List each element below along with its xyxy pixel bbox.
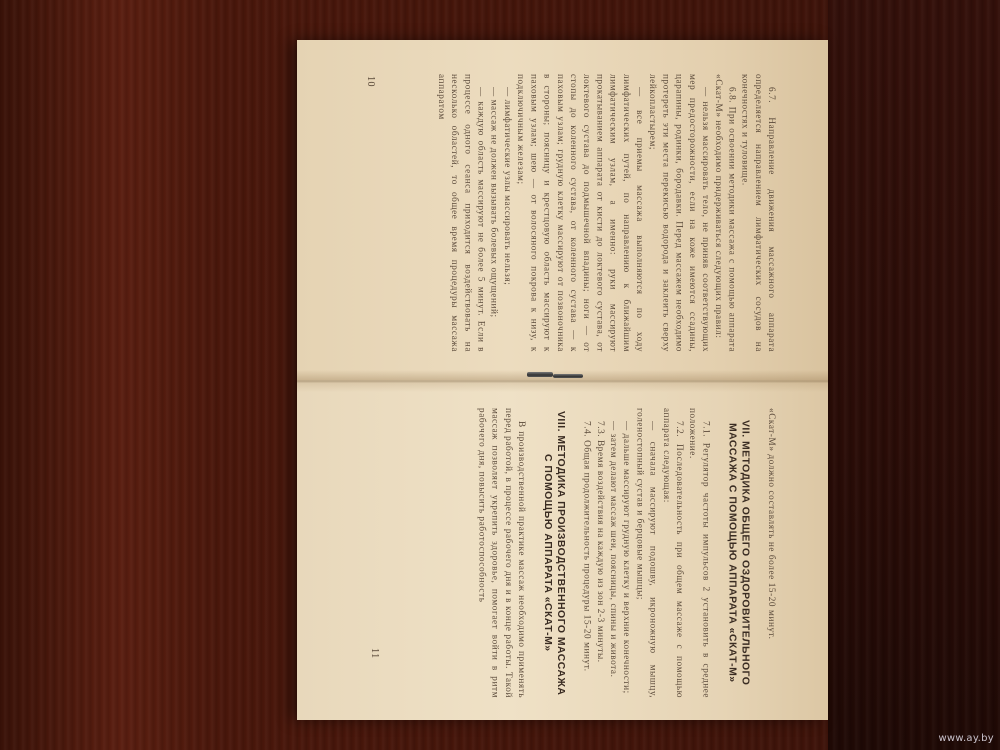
step-item: — дальше массируют грудную клетку и верх… bbox=[620, 408, 633, 698]
wood-surface bbox=[828, 0, 1000, 750]
staple bbox=[553, 374, 583, 378]
step-item: — сначала массируют подошву, икроножную … bbox=[633, 408, 659, 698]
paragraph-7-2: 7.2. Последовательность при общем массаж… bbox=[660, 408, 686, 698]
rule-item: — нельзя массировать тело, не приняв соо… bbox=[646, 74, 712, 352]
continuation-text: «Скат-М» должно составлять не более 15-2… bbox=[765, 408, 778, 698]
section-viii-paragraph: В производственной практике массаж необх… bbox=[475, 408, 528, 698]
page-11-text: «Скат-М» должно составлять не более 15-2… bbox=[388, 408, 778, 698]
open-booklet: 6.7. Направление движения массажного апп… bbox=[297, 40, 828, 720]
staple bbox=[527, 372, 553, 377]
rule-item: — массаж не должен вызывать болевых ощущ… bbox=[488, 74, 501, 352]
page-10-text: 6.7. Направление движения массажного апп… bbox=[338, 74, 778, 352]
page-number-11: 11 bbox=[369, 648, 380, 659]
section-viii-heading: VIII. МЕТОДИКА ПРОИЗВОДСТВЕННОГО МАССАЖА… bbox=[541, 408, 567, 698]
rule-item: — все приемы массажа выполняются по ходу… bbox=[514, 74, 646, 352]
paragraph-6-7: 6.7. Направление движения массажного апп… bbox=[738, 74, 778, 352]
paragraph-7-4: 7.4. Общая продолжительность процедуры 1… bbox=[580, 408, 593, 698]
paragraph-7-3: 7.3. Время воздействия на каждую из зон … bbox=[594, 408, 607, 698]
paragraph-7-1: 7.1. Регулятор частоты импульсов 2 устан… bbox=[686, 408, 712, 698]
watermark: www.ay.by bbox=[938, 733, 994, 744]
step-item: — затем делают массаж шеи, поясницы, спи… bbox=[607, 408, 620, 698]
page-number-10: 10 bbox=[365, 76, 376, 87]
rule-item: — лимфатические узлы массировать нельзя; bbox=[501, 74, 514, 352]
page-11: «Скат-М» должно составлять не более 15-2… bbox=[297, 380, 828, 720]
section-vii-heading: VII. МЕТОДИКА ОБЩЕГО ОЗДОРОВИТЕЛЬНОГО МА… bbox=[726, 408, 752, 698]
paragraph-6-8: 6.8. При освоении методики массажа с пом… bbox=[712, 74, 738, 352]
page-10: 6.7. Направление движения массажного апп… bbox=[297, 40, 828, 380]
rule-item: — каждую область массируют не более 5 ми… bbox=[435, 74, 488, 352]
